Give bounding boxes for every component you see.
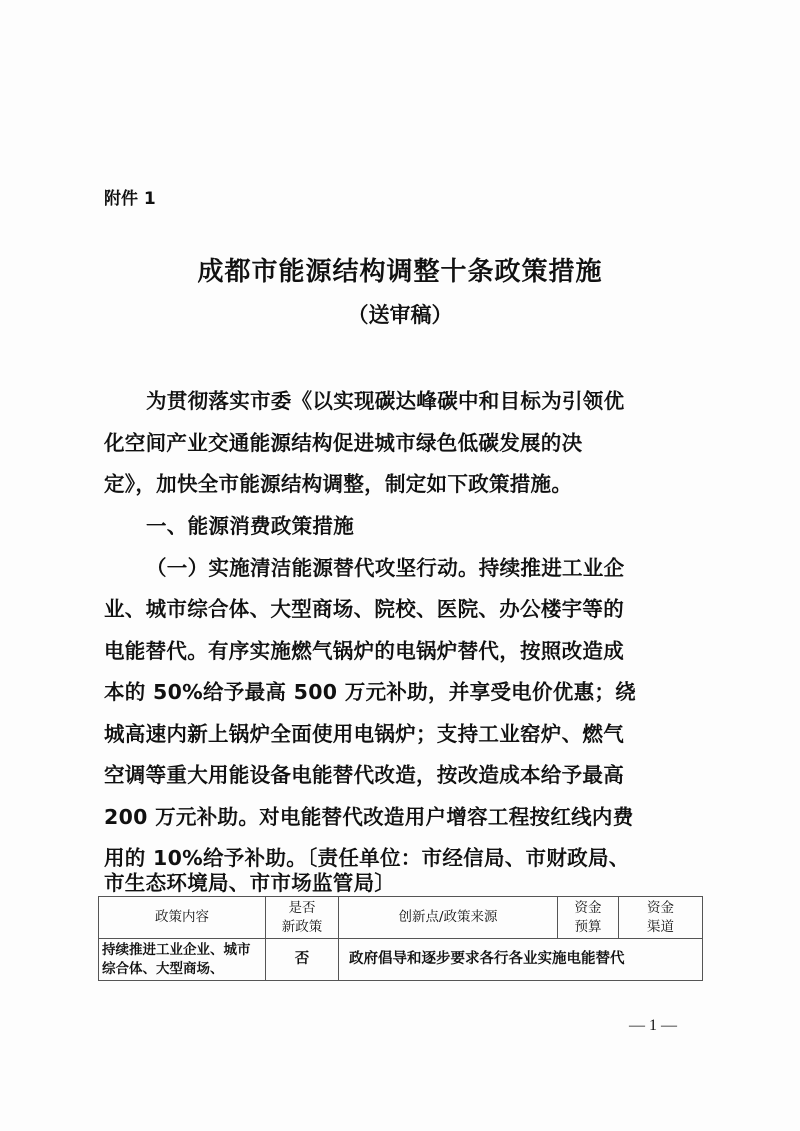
page-number: — 1 — [629, 1017, 677, 1035]
measure-line: （一）实施清洁能源替代攻坚行动。持续推进工业企 [146, 551, 624, 581]
section-heading: 一、能源消费政策措施 [146, 509, 354, 539]
measure-line: 电能替代。有序实施燃气锅炉的电锅炉替代，按照改造成 [104, 634, 624, 664]
cell-innovation-source: 政府倡导和逐步要求各行各业实施电能替代 [339, 939, 703, 981]
table-header-row: 政策内容 是否 新政策 创新点/政策来源 资金 预算 资金 渠道 [99, 897, 703, 939]
policy-table: 政策内容 是否 新政策 创新点/政策来源 资金 预算 资金 渠道 持续推进工业企… [98, 896, 703, 981]
measure-line: 市生态环境局、市市场监管局〕 [104, 866, 395, 896]
measure-line: 城高速内新上锅炉全面使用电锅炉；支持工业窑炉、燃气 [104, 717, 624, 747]
measure-line: 200 万元补助。对电能替代改造用户增容工程按红线内费 [104, 800, 634, 830]
preamble-line: 定》，加快全市能源结构调整，制定如下政策措施。 [104, 467, 572, 497]
measure-line: 业、城市综合体、大型商场、院校、医院、办公楼宇等的 [104, 592, 624, 622]
header-innovation-source: 创新点/政策来源 [339, 897, 558, 939]
cell-policy-content: 持续推进工业企业、城市综合体、大型商场、 [99, 939, 266, 981]
measure-line: 空调等重大用能设备电能替代改造，按改造成本给予最高 [104, 758, 624, 788]
document-title: 成都市能源结构调整十条政策措施 [0, 251, 800, 288]
preamble-line: 为贯彻落实市委《以实现碳达峰碳中和目标为引领优 [146, 384, 624, 414]
measure-line: 本的 50%给予最高 500 万元补助，并享受电价优惠；绕 [104, 675, 636, 705]
header-is-new-policy: 是否 新政策 [266, 897, 339, 939]
cell-is-new-policy: 否 [266, 939, 339, 981]
header-policy-content: 政策内容 [99, 897, 266, 939]
header-fund-budget: 资金 预算 [558, 897, 619, 939]
document-subtitle: （送审稿） [0, 299, 800, 329]
header-fund-channel: 资金 渠道 [619, 897, 703, 939]
preamble-line: 化空间产业交通能源结构促进城市绿色低碳发展的决 [104, 426, 582, 456]
attachment-label: 附件 1 [104, 184, 156, 209]
table-row: 持续推进工业企业、城市综合体、大型商场、 否 政府倡导和逐步要求各行各业实施电能… [99, 939, 703, 981]
